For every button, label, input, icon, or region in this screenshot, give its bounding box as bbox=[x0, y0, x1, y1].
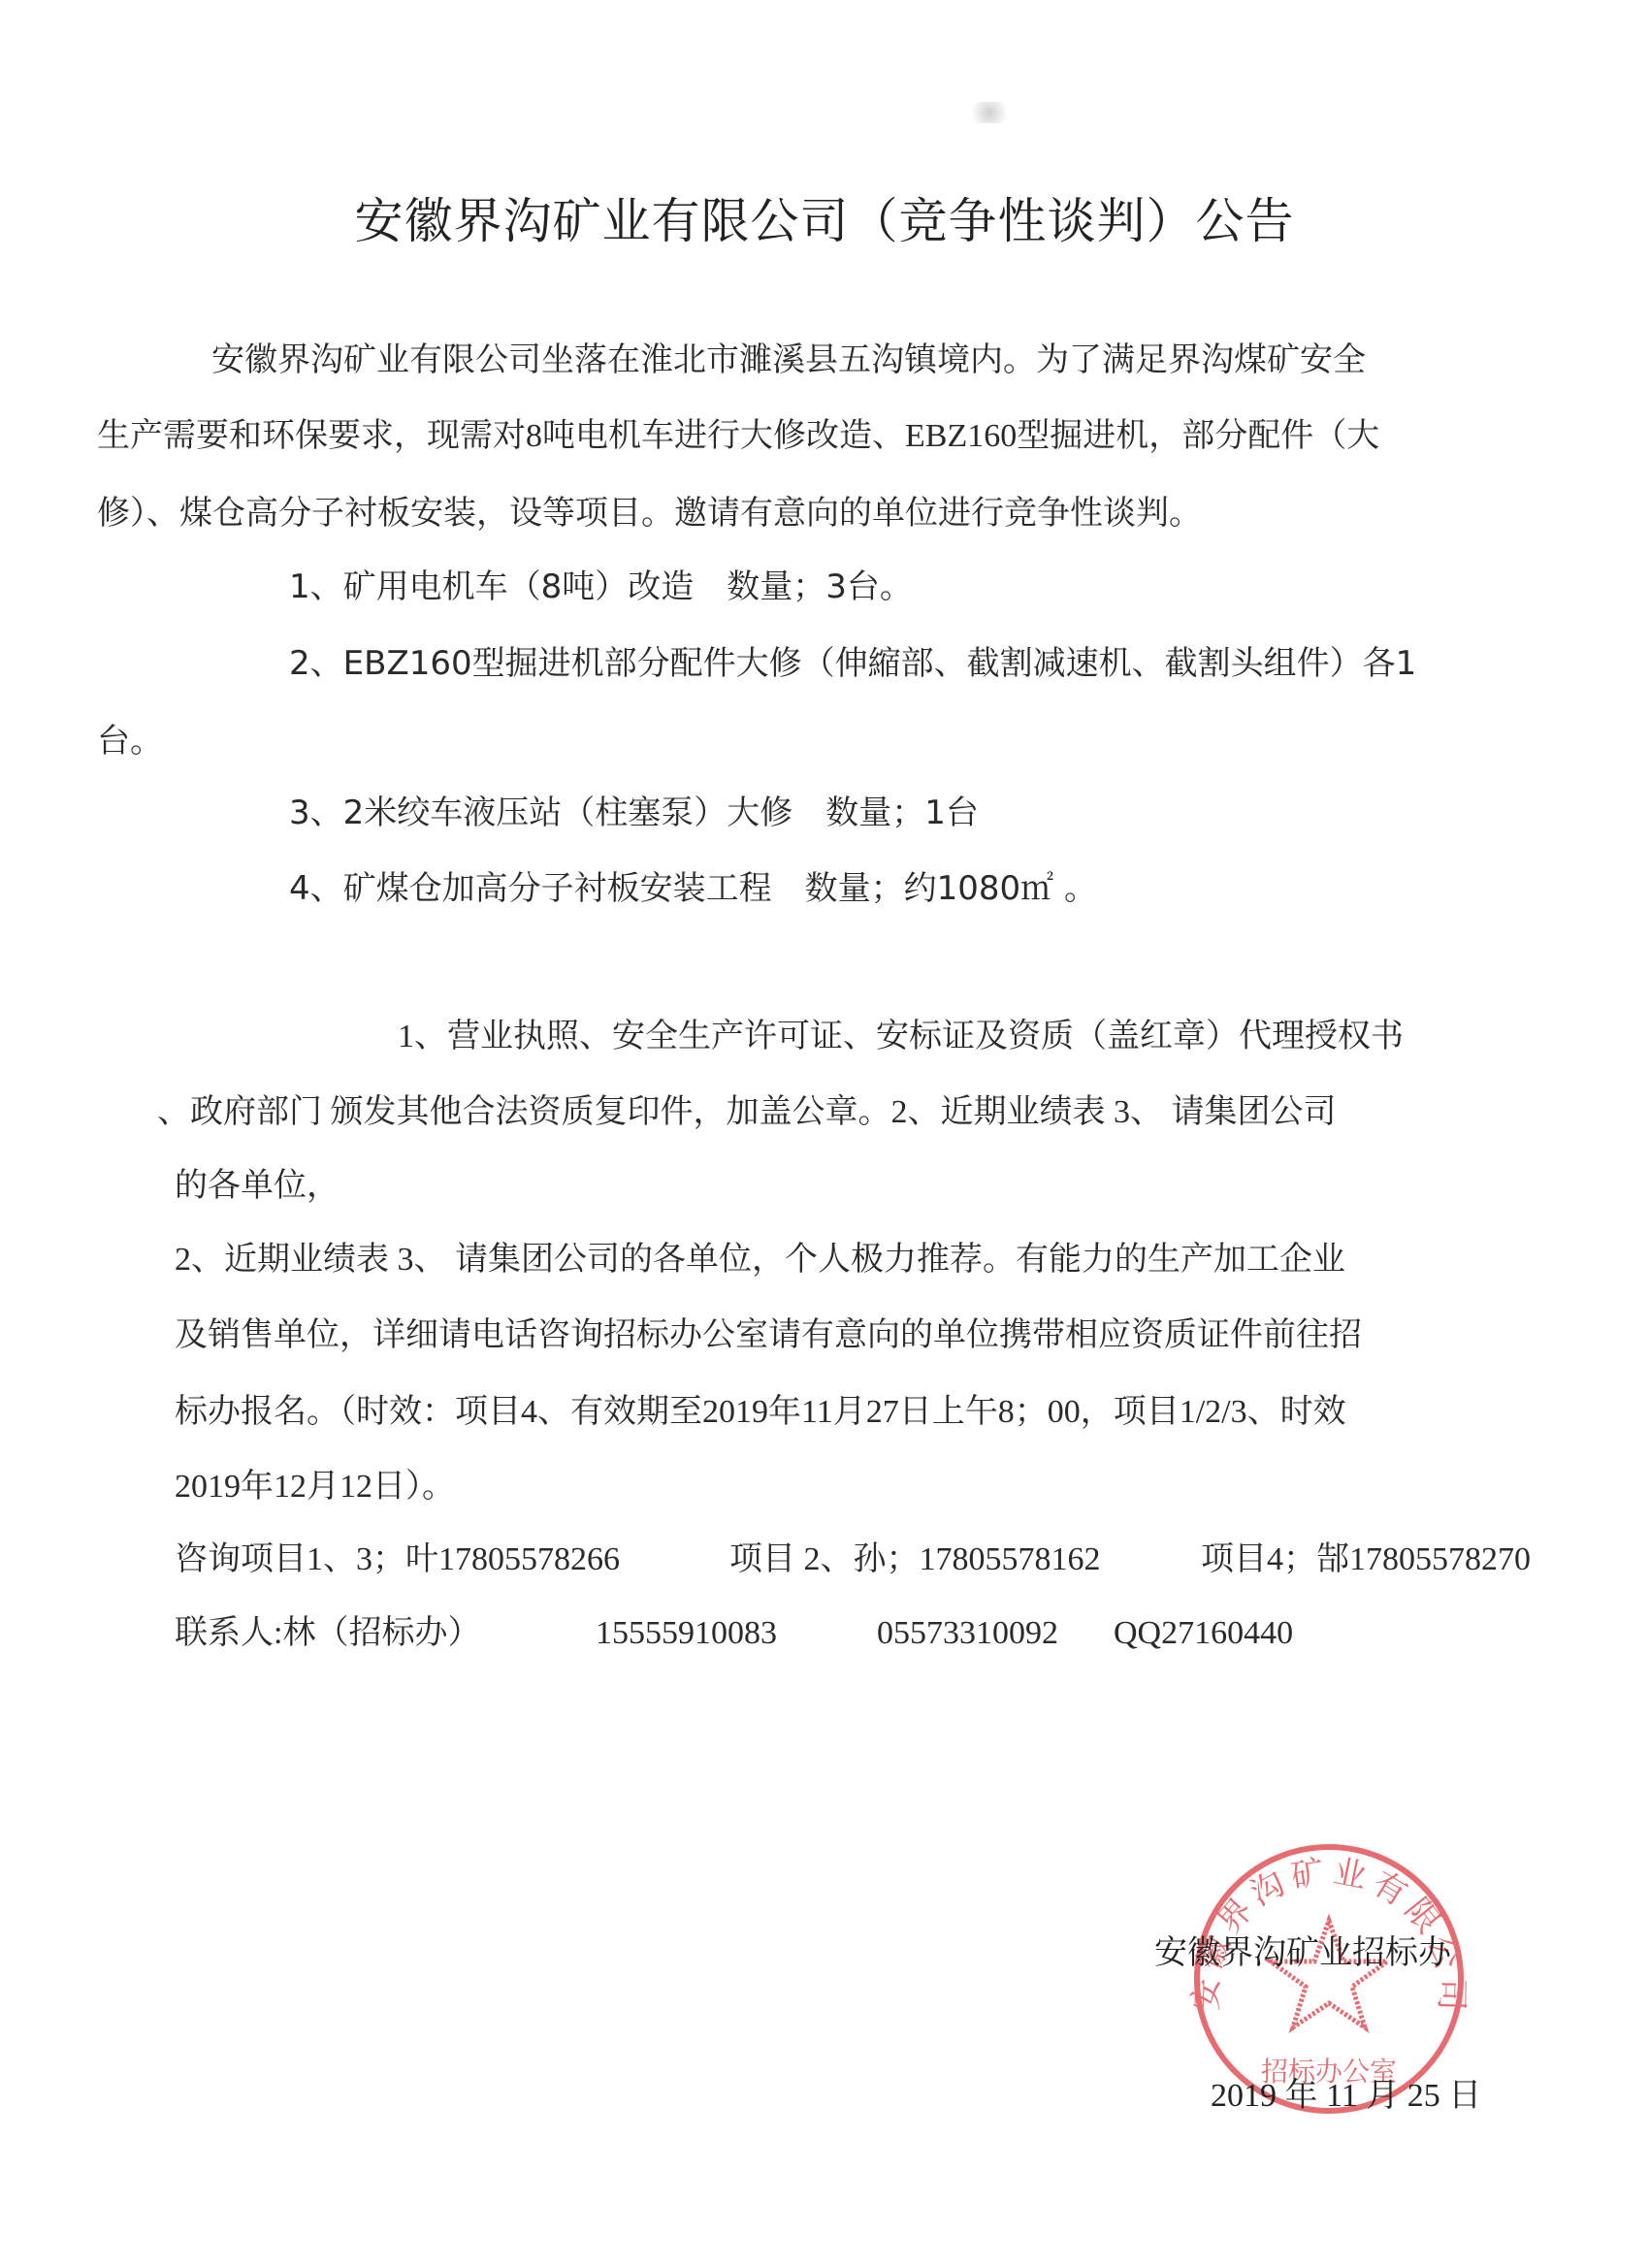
scan-speck bbox=[965, 102, 1014, 123]
contact-person: 联系人:林（招标办） bbox=[175, 1614, 480, 1653]
requirements-line-6: 标办报名。（时效：项目4、有效期至2019年11月27日上午8；00，项目1/2… bbox=[175, 1393, 1346, 1432]
item-4: 4、矿煤仓加高分子衬板安装工程 数量；约1080㎡ 。 bbox=[289, 869, 1097, 908]
contact-item-4: 项目4；郜17805578270 bbox=[1201, 1540, 1531, 1579]
requirements-line-3: 的各单位， bbox=[175, 1167, 339, 1206]
contact-phone: 05573310092 bbox=[877, 1614, 1058, 1653]
signature-issuer: 安徽界沟矿业招标办 bbox=[1154, 1926, 1451, 1973]
item-2: 2、EBZ160型掘进机部分配件大修（伸縮部、截割减速机、截割头组件）各1 bbox=[289, 644, 1416, 683]
issue-date: 2019 年 11 月 25 日 bbox=[1211, 2068, 1481, 2116]
contact-item-1-3: 咨询项目1、3；叶17805578266 bbox=[175, 1540, 620, 1579]
document-title: 安徽界沟矿业有限公司（竞争性谈判）公告 bbox=[0, 182, 1649, 252]
intro-line-1: 安徽界沟矿业有限公司坐落在淮北市濉溪县五沟镇境内。为了满足界沟煤矿安全 bbox=[211, 341, 1366, 380]
requirements-line-1: 1、营业执照、安全生产许可证、安标证及资质（盖红章）代理授权书 bbox=[398, 1018, 1404, 1056]
document-page: 安徽界沟矿业有限公司（竞争性谈判）公告 安徽界沟矿业有限公司坐落在淮北市濉溪县五… bbox=[0, 0, 1649, 2268]
requirements-line-2: 、政府部门 颁发其他合法资质复印件，加盖公章。2、近期业绩表 3、 请集团公司 bbox=[157, 1093, 1337, 1132]
contact-qq: QQ27160440 bbox=[1114, 1614, 1293, 1653]
requirements-line-4: 2、近期业绩表 3、 请集团公司的各单位，个人极力推荐。有能力的生产加工企业 bbox=[175, 1241, 1345, 1280]
requirements-line-7: 2019年12月12日）。 bbox=[175, 1468, 455, 1507]
contact-mobile: 15555910083 bbox=[596, 1614, 777, 1653]
item-2-continued: 台。 bbox=[97, 722, 163, 761]
item-1: 1、矿用电机车（8吨）改造 数量；3台。 bbox=[289, 567, 913, 606]
intro-line-2: 生产需要和环保要求，现需对8吨电机车进行大修改造、EBZ160型掘进机，部分配件… bbox=[97, 417, 1379, 456]
contact-item-2: 项目 2、孙；17805578162 bbox=[729, 1540, 1101, 1579]
requirements-line-5: 及销售单位，详细请电话咨询招标办公室请有意向的单位携带相应资质证件前往招 bbox=[175, 1316, 1362, 1355]
intro-line-3: 修）、煤仓高分子衬板安装，设等项目。邀请有意向的单位进行竞争性谈判。 bbox=[97, 495, 1202, 534]
item-3: 3、2米绞车液压站（柱塞泵）大修 数量；1台 bbox=[289, 794, 979, 832]
